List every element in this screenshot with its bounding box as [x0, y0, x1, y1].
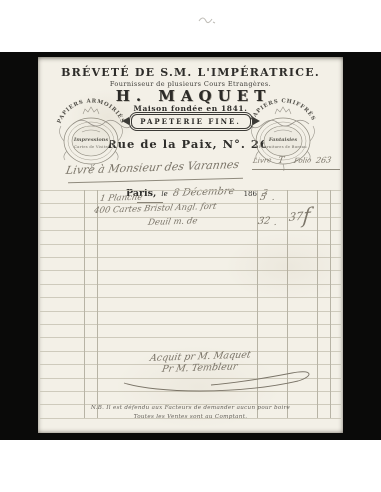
papeterie-banner: PAPETERIE FINE. [131, 114, 251, 129]
ruled-line-horizontal [40, 284, 341, 285]
ruled-line-horizontal [40, 270, 341, 271]
left-crest-caption-2: Cartes de Visite [74, 145, 108, 149]
livre-label: Livre [252, 156, 272, 165]
date-year-printed: 186 [244, 190, 257, 198]
pencil-smudge [197, 15, 217, 25]
date-handwritten: 8 Décembre [172, 186, 235, 199]
item-centimes-1: . [271, 193, 276, 203]
total-currency: f [302, 203, 312, 229]
invoice-paper: BRÉVETÉ DE S.M. L'IMPÉRATRICE. Fournisse… [38, 57, 343, 433]
right-crest-caption-2: Fournitures de Bureau [259, 145, 307, 149]
ruled-line-horizontal [40, 230, 341, 231]
screenshot-root: BRÉVETÉ DE S.M. L'IMPÉRATRICE. Fournisse… [0, 0, 381, 492]
photo-frame: BRÉVETÉ DE S.M. L'IMPÉRATRICE. Fournisse… [0, 52, 381, 440]
ruled-line-vertical [97, 190, 98, 418]
item-centimes-3: . [273, 218, 278, 228]
ledger-reference: Livre T Folio 263 [253, 156, 332, 166]
ruled-line-horizontal [40, 257, 341, 258]
livre-value: T [277, 156, 285, 166]
item-desc-3: Deuil m. de [147, 216, 198, 228]
ruled-line-vertical [84, 190, 85, 418]
ruled-line-horizontal [40, 311, 341, 312]
crown-icon [275, 107, 291, 114]
footer-notice-2: Toutes les Ventes sont au Comptant. [38, 414, 343, 420]
folio-label: Folio [293, 156, 312, 165]
item-francs-3: 32 [257, 216, 271, 227]
footer-notice-1: N.B. Il est défendu aux Facteurs de dema… [38, 405, 343, 411]
left-crest-caption-1: Impressions [73, 137, 108, 143]
ruled-line-horizontal [40, 244, 341, 245]
ruled-line-horizontal [40, 297, 341, 298]
ruled-line-vertical [330, 190, 331, 418]
date-le: le [161, 190, 167, 198]
item-francs-1: 5 [259, 192, 267, 203]
signature-flourish [116, 363, 326, 393]
ledger-rule [252, 169, 340, 170]
ruled-line-horizontal [40, 337, 341, 338]
brevete-title: BRÉVETÉ DE S.M. L'IMPÉRATRICE. [38, 66, 343, 79]
crown-icon [83, 107, 99, 114]
ruled-line-horizontal [40, 190, 341, 191]
folio-value: 263 [316, 155, 333, 165]
right-crest-caption-1: Fantaisies [268, 137, 297, 143]
ruled-line-horizontal [40, 324, 341, 325]
